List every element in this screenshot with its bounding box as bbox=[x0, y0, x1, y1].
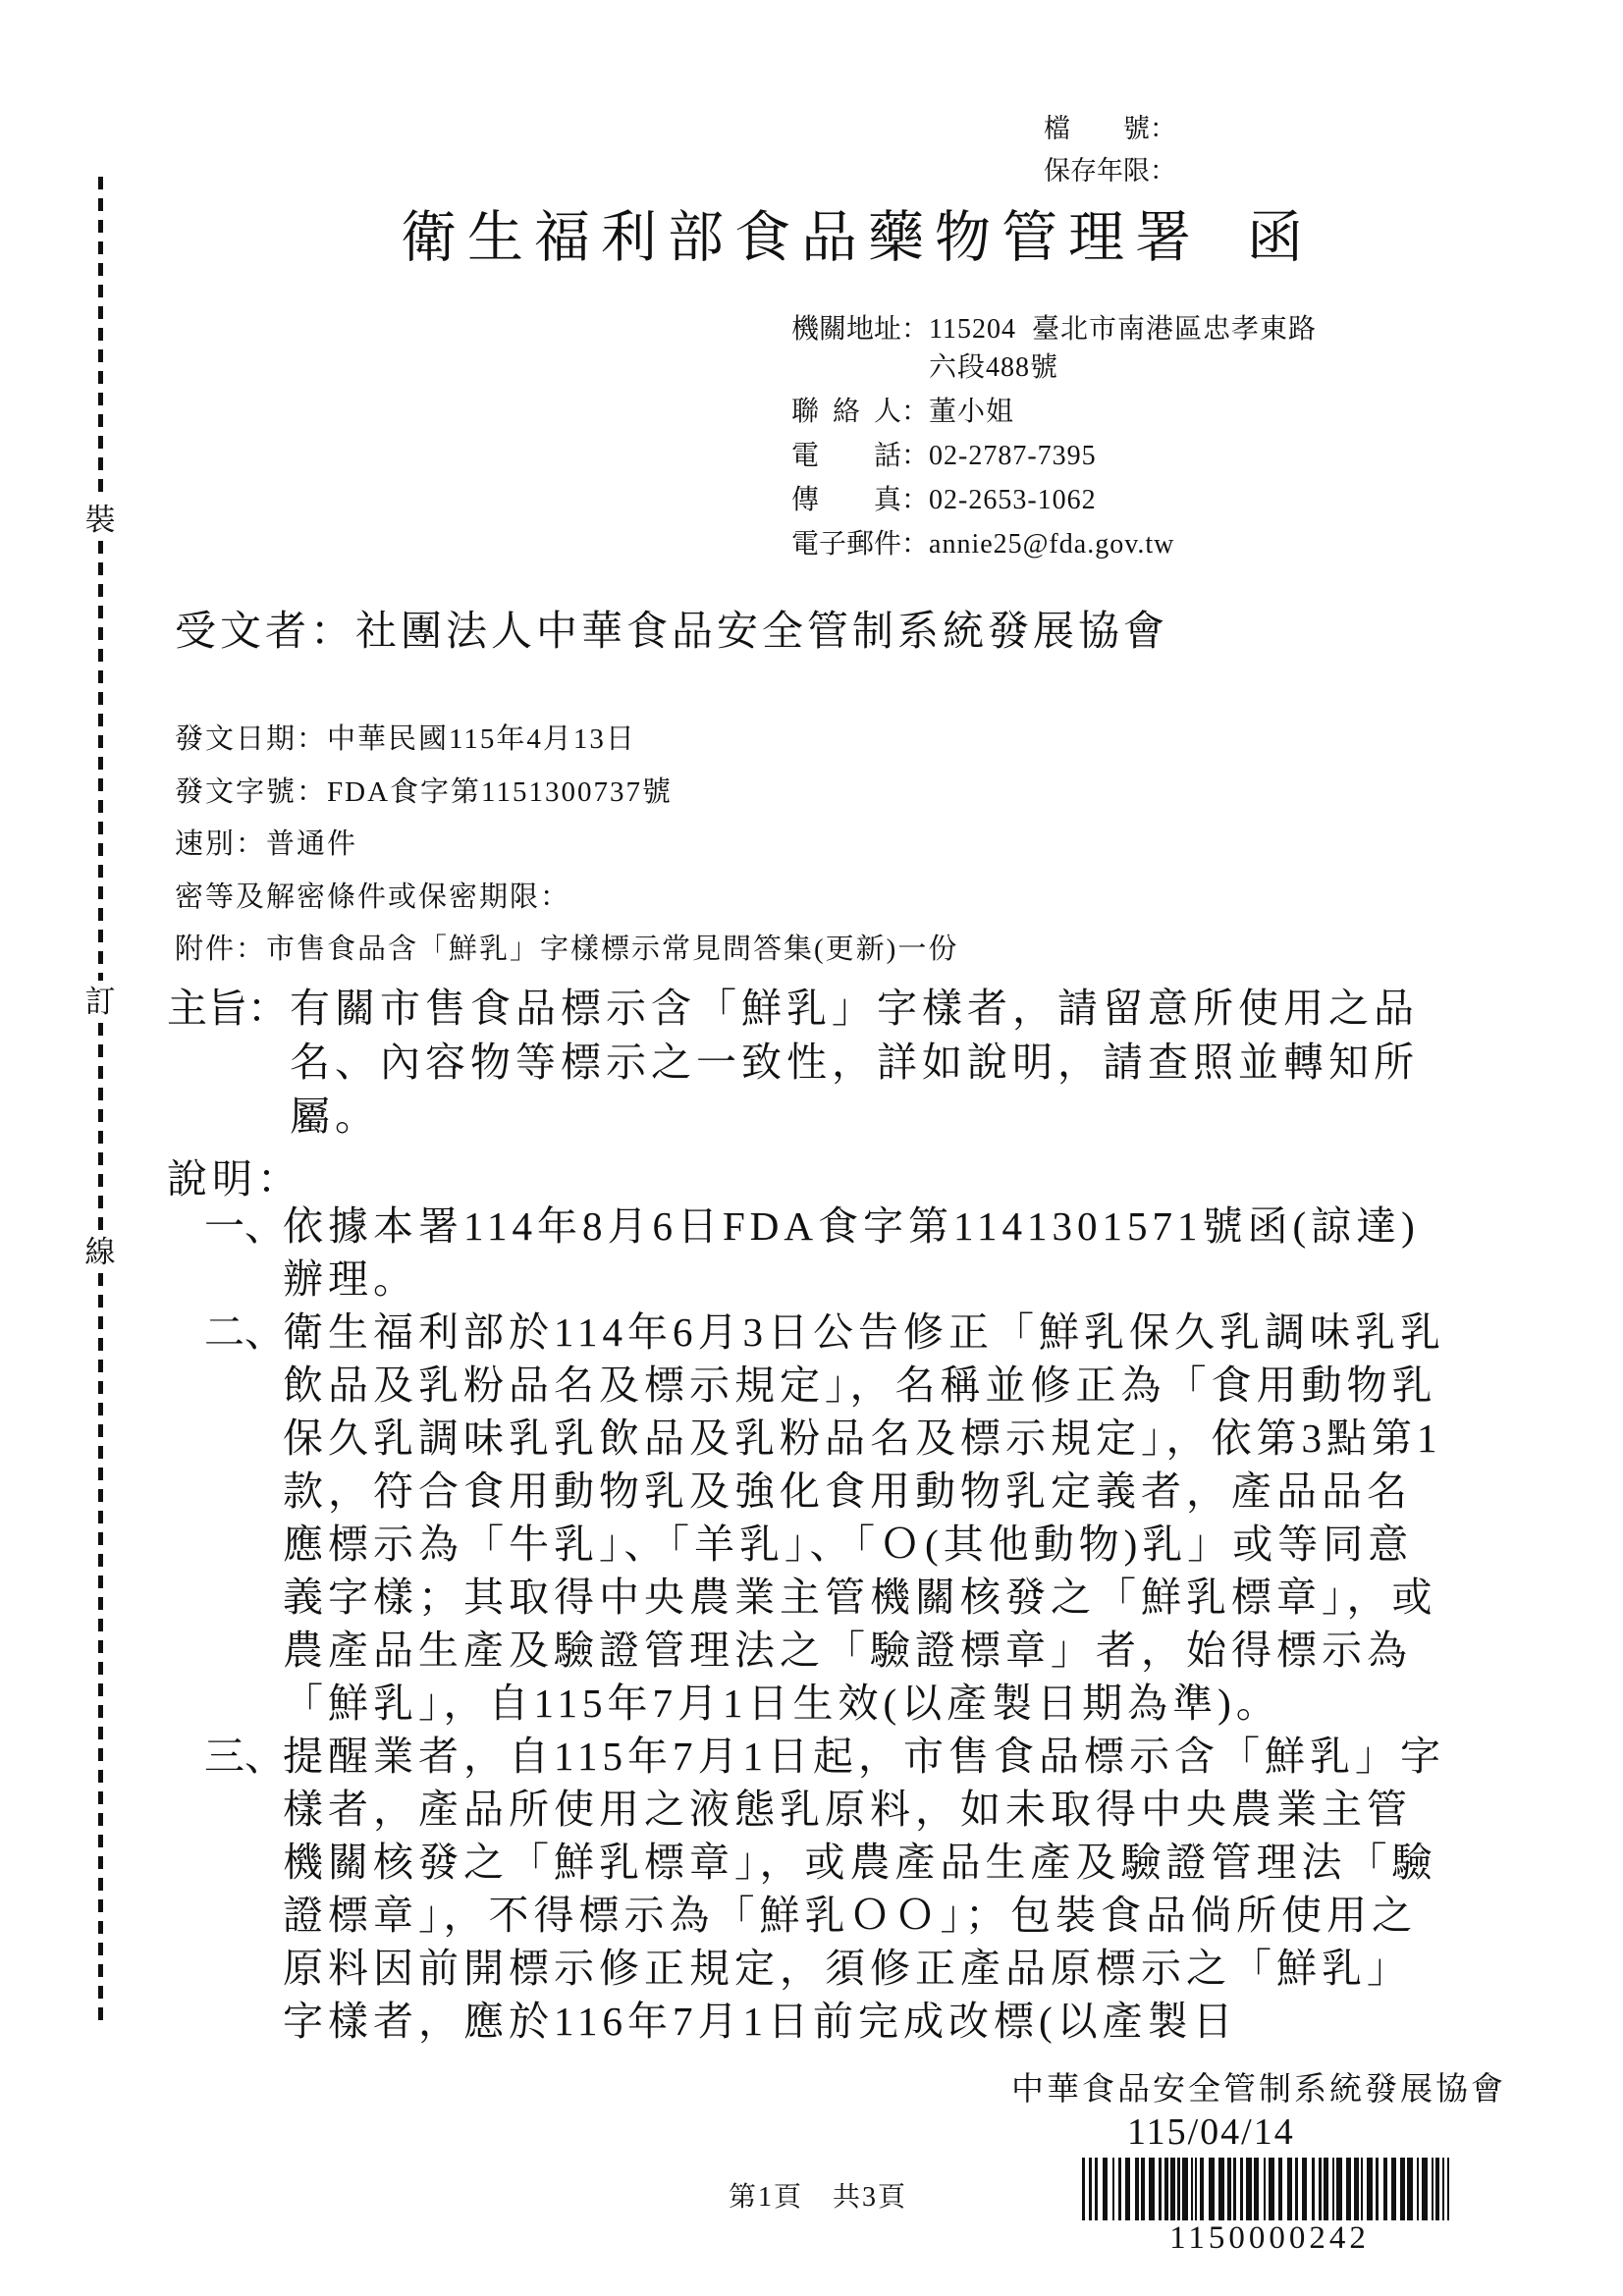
agency-contact-block: 機關地址：115204 臺北市南港區忠孝東路六段488號 聯絡人：董小姐 電話：… bbox=[791, 310, 1322, 569]
email-row: 電子郵件：annie25@fda.gov.tw bbox=[791, 525, 1322, 563]
phone-row: 電話：02-2787-7395 bbox=[791, 437, 1322, 475]
binding-mark-xian: 線 bbox=[85, 1236, 116, 1268]
priority-line: 速別：普通件 bbox=[175, 819, 958, 872]
fax-label: 傳真 bbox=[791, 481, 901, 519]
contact-person-value: 董小姐 bbox=[929, 393, 1014, 431]
email-value: annie25@fda.gov.tw bbox=[929, 525, 1174, 563]
binding-margin: 裝 訂 線 bbox=[82, 177, 118, 2022]
received-date: 115/04/14 bbox=[1127, 2110, 1295, 2154]
contact-person-colon: ： bbox=[901, 393, 929, 431]
list-item: 三、 提醒業者，自115年7月1日起，市售食品標示含「鮮乳」字樣者，產品所使用之… bbox=[204, 1730, 1446, 2048]
list-item: 一、 依據本署114年8月6日FDA食字第1141301571號函(諒達)辦理。 bbox=[204, 1200, 1446, 1306]
recipient-line: 受文者：社團法人中華食品安全管制系統發展協會 bbox=[175, 599, 1168, 658]
fax-value: 02-2653-1062 bbox=[929, 481, 1097, 519]
file-number-label: 檔號 bbox=[1044, 108, 1150, 150]
document-meta-block: 發文日期：中華民國115年4月13日 發文字號：FDA食字第1151300737… bbox=[175, 714, 958, 977]
phone-value: 02-2787-7395 bbox=[929, 437, 1097, 475]
attachment-line: 附件：市售食品含「鮮乳」字樣標示常見問答集(更新)一份 bbox=[175, 924, 958, 977]
barcode bbox=[1082, 2158, 1457, 2220]
issuing-agency-name: 衛生福利部食品藥物管理署 bbox=[401, 207, 1202, 269]
fax-row: 傳真：02-2653-1062 bbox=[791, 481, 1322, 519]
item-text: 衛生福利部於114年6月3日公告修正「鮮乳保久乳調味乳乳飲品及乳粉品名及標示規定… bbox=[283, 1306, 1446, 1730]
item-marker: 一、 bbox=[204, 1200, 283, 1306]
email-colon: ： bbox=[901, 525, 929, 563]
issue-date-line: 發文日期：中華民國115年4月13日 bbox=[175, 714, 958, 767]
receiver-stamp-text: 中華食品安全管制系統發展協會 bbox=[1011, 2063, 1506, 2109]
contact-person-row: 聯絡人：董小姐 bbox=[791, 393, 1322, 431]
reference-number-line: 發文字號：FDA食字第1151300737號 bbox=[175, 767, 958, 820]
item-marker: 二、 bbox=[204, 1306, 283, 1730]
list-item: 二、 衛生福利部於114年6月3日公告修正「鮮乳保久乳調味乳乳飲品及乳粉品名及標… bbox=[204, 1306, 1446, 1730]
retention-row: 保存年限： bbox=[1044, 150, 1176, 192]
phone-colon: ： bbox=[901, 437, 929, 475]
agency-address-row: 機關地址：115204 臺北市南港區忠孝東路六段488號 bbox=[791, 310, 1322, 387]
binding-dashed-line bbox=[98, 1023, 103, 1231]
binding-mark-zhuang: 裝 bbox=[85, 504, 116, 536]
recipient-name: 社團法人中華食品安全管制系統發展協會 bbox=[355, 610, 1168, 655]
document-title: 衛生福利部食品藥物管理署函 bbox=[401, 192, 1314, 273]
agency-address-label: 機關地址 bbox=[791, 310, 901, 387]
file-number-row: 檔號： bbox=[1044, 108, 1176, 150]
binding-dashed-line bbox=[98, 1273, 103, 2022]
agency-address-value: 115204 臺北市南港區忠孝東路六段488號 bbox=[929, 310, 1322, 387]
official-letter-page: 檔號： 保存年限： 衛生福利部食品藥物管理署函 機關地址：115204 臺北市南… bbox=[0, 0, 1623, 2296]
file-number-colon: ： bbox=[1150, 114, 1176, 143]
page-indicator: 第1頁 共3頁 bbox=[729, 2175, 907, 2215]
barcode-number: 1150000242 bbox=[1082, 2220, 1457, 2257]
item-text: 依據本署114年8月6日FDA食字第1141301571號函(諒達)辦理。 bbox=[283, 1200, 1446, 1306]
phone-label: 電話 bbox=[791, 437, 901, 475]
binding-dashed-line bbox=[98, 541, 103, 981]
email-label: 電子郵件 bbox=[791, 525, 901, 563]
archive-block: 檔號： 保存年限： bbox=[1044, 108, 1176, 192]
binding-mark-ding: 訂 bbox=[85, 986, 116, 1018]
description-label: 說明： bbox=[167, 1147, 302, 1204]
agency-address-colon: ： bbox=[901, 310, 929, 387]
item-text: 提醒業者，自115年7月1日起，市售食品標示含「鮮乳」字樣者，產品所使用之液態乳… bbox=[283, 1730, 1446, 2048]
subject-text: 有關市售食品標示含「鮮乳」字樣者，請留意所使用之品名、內容物等標示之一致性，詳如… bbox=[290, 982, 1468, 1144]
contact-person-label: 聯絡人 bbox=[791, 393, 901, 431]
recipient-label: 受文者： bbox=[175, 610, 355, 655]
subject-block: 主旨： 有關市售食品標示含「鮮乳」字樣者，請留意所使用之品名、內容物等標示之一致… bbox=[167, 982, 1468, 1144]
subject-label: 主旨： bbox=[167, 982, 290, 1144]
classification-line: 密等及解密條件或保密期限： bbox=[175, 872, 958, 925]
description-items: 一、 依據本署114年8月6日FDA食字第1141301571號函(諒達)辦理。… bbox=[204, 1200, 1446, 2048]
document-type: 函 bbox=[1247, 207, 1314, 269]
binding-dashed-line bbox=[98, 177, 103, 499]
retention-colon: ： bbox=[1150, 156, 1176, 186]
fax-colon: ： bbox=[901, 481, 929, 519]
retention-label: 保存年限 bbox=[1044, 150, 1150, 192]
item-marker: 三、 bbox=[204, 1730, 283, 2048]
